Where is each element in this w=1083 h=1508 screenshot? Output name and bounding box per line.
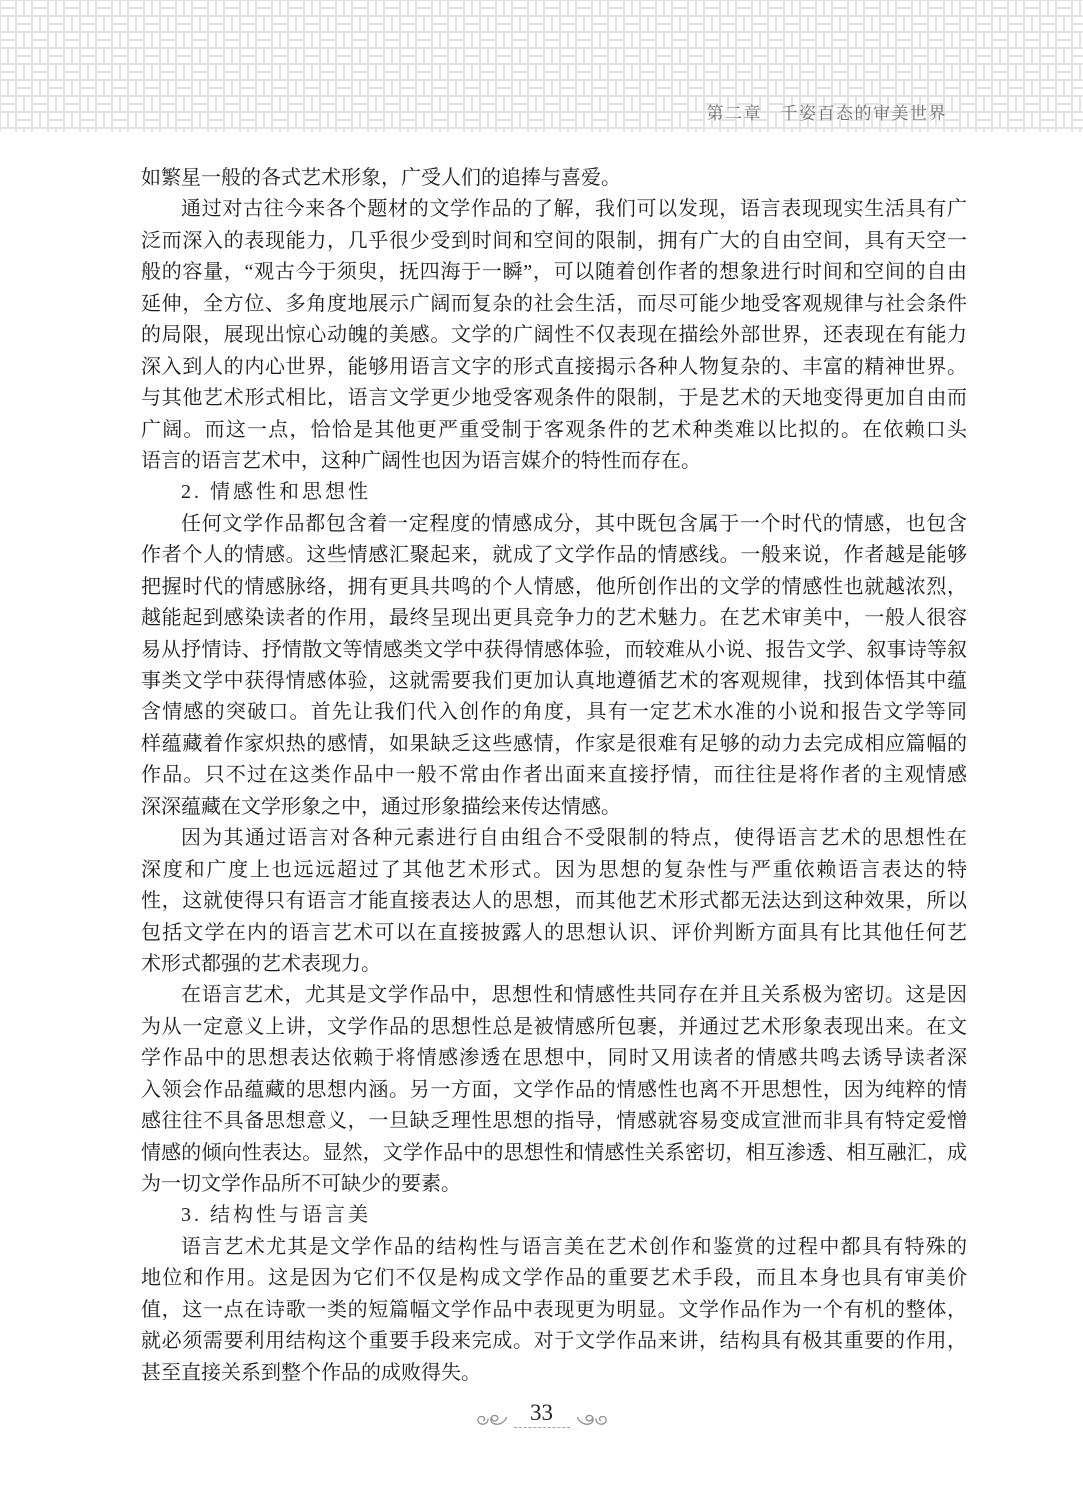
text-line: 术形式都强的艺术表现力。: [141, 949, 967, 980]
text-line: 在语言艺术，尤其是文学作品中，思想性和情感性共同存在并且关系极为密切。这是因: [141, 980, 967, 1011]
text-line: 就必须需要利用结构这个重要手段来完成。对于文学作品来讲，结构具有极其重要的作用，: [141, 1326, 967, 1357]
text-line: 般的容量，“观古今于须臾，抚四海于一瞬”，可以随着创作者的想象进行时间和空间的自…: [141, 257, 967, 288]
text-line: 深深蕴藏在文学形象之中，通过形象描绘来传达情感。: [141, 792, 967, 823]
section-heading: 3. 结构性与语言美: [141, 1200, 967, 1231]
text-line: 延伸，全方位、多角度地展示广阔而复杂的社会生活，而尽可能少地受客观规律与社会条件: [141, 289, 967, 320]
page-number: 33: [528, 1401, 555, 1424]
text-line: 为一切文学作品所不可缺少的要素。: [141, 1169, 967, 1200]
text-line: 样蕴藏着作家炽热的感情，如果缺乏这些感情，作家是很难有足够的动力去完成相应篇幅的: [141, 729, 967, 760]
flourish-left-icon: [475, 1409, 509, 1427]
text-line: 值，这一点在诗歌一类的短篇幅文学作品中表现更为明显。文学作品作为一个有机的整体，: [141, 1295, 967, 1326]
section-heading: 2. 情感性和思想性: [141, 477, 967, 508]
text-line: 深入到人的内心世界，能够用语言文字的形式直接揭示各种人物复杂的、丰富的精神世界。: [141, 352, 967, 383]
text-line: 情感的倾向性表达。显然，文学作品中的思想性和情感性关系密切，相互渗透、相互融汇，…: [141, 1138, 967, 1169]
text-line: 学作品中的思想表达依赖于将情感渗透在思想中，同时又用读者的情感共鸣去诱导读者深: [141, 1043, 967, 1074]
page-body: 如繁星一般的各式艺术形象，广受人们的追捧与喜爱。通过对古往今来各个题材的文学作品…: [141, 163, 967, 1389]
text-line: 与其他艺术形式相比，语言文学更少地受客观条件的限制，于是艺术的天地变得更加自由而: [141, 383, 967, 414]
text-line: 的局限，展现出惊心动魄的美感。文学的广阔性不仅表现在描绘外部世界，还表现在有能力: [141, 320, 967, 351]
text-line: 把握时代的情感脉络，拥有更具共鸣的个人情感，他所创作出的文学的情感性也就越浓烈，: [141, 572, 967, 603]
text-line: 为从一定意义上讲，文学作品的思想性总是被情感所包裹，并通过艺术形象表现出来。在文: [141, 1012, 967, 1043]
text-line: 性，这就使得只有语言才能直接表达人的思想，而其他艺术形式都无法达到这种效果，所以: [141, 886, 967, 917]
text-line: 含情感的突破口。首先让我们代入创作的角度，具有一定艺术水准的小说和报告文学等同: [141, 697, 967, 728]
text-line: 语言艺术尤其是文学作品的结构性与语言美在艺术创作和鉴赏的过程中都具有特殊的: [141, 1232, 967, 1263]
text-line: 入领会作品蕴藏的思想内涵。另一方面，文学作品的情感性也离不开思想性，因为纯粹的情: [141, 1075, 967, 1106]
text-line: 因为其通过语言对各种元素进行自由组合不受限制的特点，使得语言艺术的思想性在: [141, 823, 967, 854]
book-page: 第二章 千姿百态的审美世界 如繁星一般的各式艺术形象，广受人们的追捧与喜爱。通过…: [0, 0, 1083, 1508]
chapter-running-head: 第二章 千姿百态的审美世界: [707, 99, 948, 124]
text-line: 感往往不具备思想意义，一旦缺乏理性思想的指导，情感就容易变成宣泄而非具有特定爱憎: [141, 1106, 967, 1137]
text-line: 包括文学在内的语言艺术可以在直接披露人的思想认识、评价判断方面具有比其他任何艺: [141, 918, 967, 949]
text-line: 地位和作用。这是因为它们不仅是构成文学作品的重要艺术手段，而且本身也具有审美价: [141, 1263, 967, 1294]
text-line: 易从抒情诗、抒情散文等情感类文学中获得情感体验，而较难从小说、报告文学、叙事诗等…: [141, 635, 967, 666]
text-line: 广阔。而这一点，恰恰是其他更严重受制于客观条件的艺术种类难以比拟的。在依赖口头: [141, 415, 967, 446]
flourish-right-icon: [575, 1409, 609, 1427]
text-line: 深度和广度上也远远超过了其他艺术形式。因为思想的复杂性与严重依赖语言表达的特: [141, 855, 967, 886]
text-line: 如繁星一般的各式艺术形象，广受人们的追捧与喜爱。: [141, 163, 967, 194]
folio-center: 33: [514, 1401, 570, 1428]
folio-dashed-rule: [514, 1427, 570, 1428]
text-line: 泛而深入的表现能力，几乎很少受到时间和空间的限制，拥有广大的自由空间，具有天空一: [141, 226, 967, 257]
text-line: 任何文学作品都包含着一定程度的情感成分，其中既包含属于一个时代的情感，也包含: [141, 509, 967, 540]
text-line: 作者个人的情感。这些情感汇聚起来，就成了文学作品的情感线。一般来说，作者越是能够: [141, 540, 967, 571]
text-line: 事类文学中获得情感体验，这就需要我们更加认真地遵循艺术的客观规律，找到体悟其中蕴: [141, 666, 967, 697]
text-line: 语言的语言艺术中，这种广阔性也因为语言媒介的特性而存在。: [141, 446, 967, 477]
text-line: 作品。只不过在这类作品中一般不常由作者出面来直接抒情，而往往是将作者的主观情感: [141, 760, 967, 791]
text-line: 甚至直接关系到整个作品的成败得失。: [141, 1358, 967, 1389]
page-footer: 33: [0, 1401, 1083, 1428]
text-line: 越能起到感染读者的作用，最终呈现出更具竞争力的艺术魅力。在艺术审美中，一般人很容: [141, 603, 967, 634]
text-line: 通过对古往今来各个题材的文学作品的了解，我们可以发现，语言表现现实生活具有广: [141, 194, 967, 225]
